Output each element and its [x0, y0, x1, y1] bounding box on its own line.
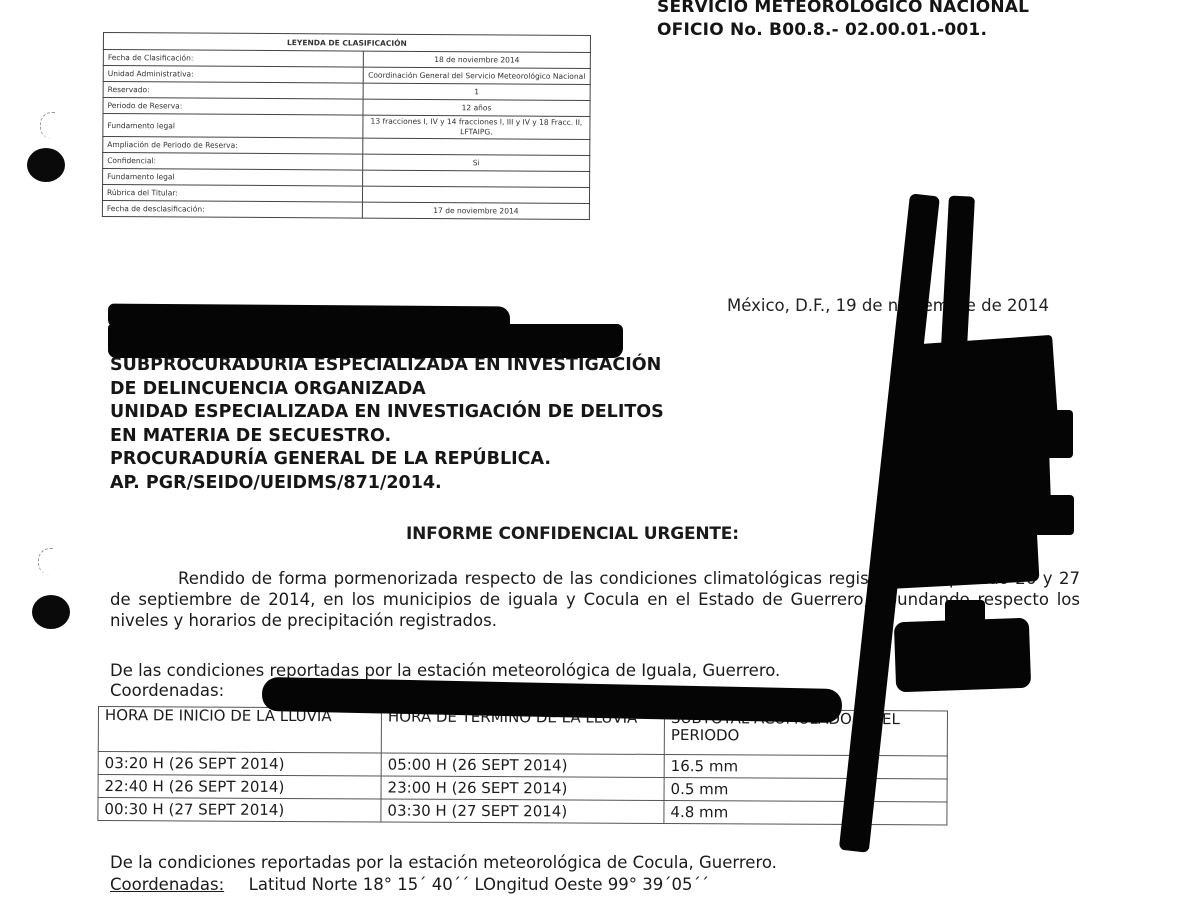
date-line: México, D.F., 19 de noviembre de 2014	[727, 296, 1049, 315]
classification-legend-table: LEYENDA DE CLASIFICACIÓN Fecha de Clasif…	[102, 32, 591, 220]
punch-hole	[32, 595, 70, 629]
redaction-block	[887, 521, 1040, 589]
redaction-block	[945, 600, 985, 630]
cocula-coords-label: Coordenadas:	[110, 875, 224, 894]
iguala-intro-text: De las condiciones reportadas por la est…	[110, 661, 780, 681]
addressee-line: UNIDAD ESPECIALIZADA EN INVESTIGACIÓN DE…	[110, 401, 664, 425]
iguala-rain-table: HORA DE INICIO DE LA LLUVIA HORA DE TERM…	[97, 706, 948, 825]
cocula-intro-text: De la condiciones reportadas por la esta…	[110, 852, 777, 874]
addressee-line: PROCURADURÍA GENERAL DE LA REPÚBLICA.	[110, 448, 664, 472]
punch-hole-trace	[40, 112, 55, 139]
legend-row: Fundamento legal13 fracciones I, IV y 14…	[103, 114, 590, 140]
cocula-coords-value: Latitud Norte 18° 15´ 40´´ LOngitud Oest…	[249, 875, 709, 894]
cocula-station-section: De la condiciones reportadas por la esta…	[110, 852, 777, 896]
col-header-start: HORA DE INICIO DE LA LLUVIA	[98, 707, 381, 753]
agency-name: SERVICIO METEOROLÓGICO NACIONAL	[657, 0, 1029, 17]
oficio-number: OFICIO No. B00.8.- 02.00.01.-001.	[657, 20, 987, 40]
addressee-block: SUBPROCURADURÍA ESPECIALIZADA EN INVESTI…	[110, 354, 664, 495]
punch-hole	[27, 148, 65, 182]
table-row: 00:30 H (27 SEPT 2014) 03:30 H (27 SEPT …	[98, 798, 947, 825]
legend-row: Fecha de desclasificación:17 de noviembr…	[102, 200, 589, 219]
punch-hole-trace	[38, 548, 53, 575]
report-title: INFORME CONFIDENCIAL URGENTE:	[406, 524, 739, 544]
addressee-line: DE DELINCUENCIA ORGANIZADA	[110, 378, 664, 402]
cocula-coords-line: Coordenadas: Latitud Norte 18° 15´ 40´´ …	[110, 874, 777, 896]
redaction-addressee-name	[108, 324, 623, 358]
addressee-line: AP. PGR/SEIDO/UEIDMS/871/2014.	[110, 472, 664, 496]
addressee-line: EN MATERIA DE SECUESTRO.	[110, 425, 664, 449]
